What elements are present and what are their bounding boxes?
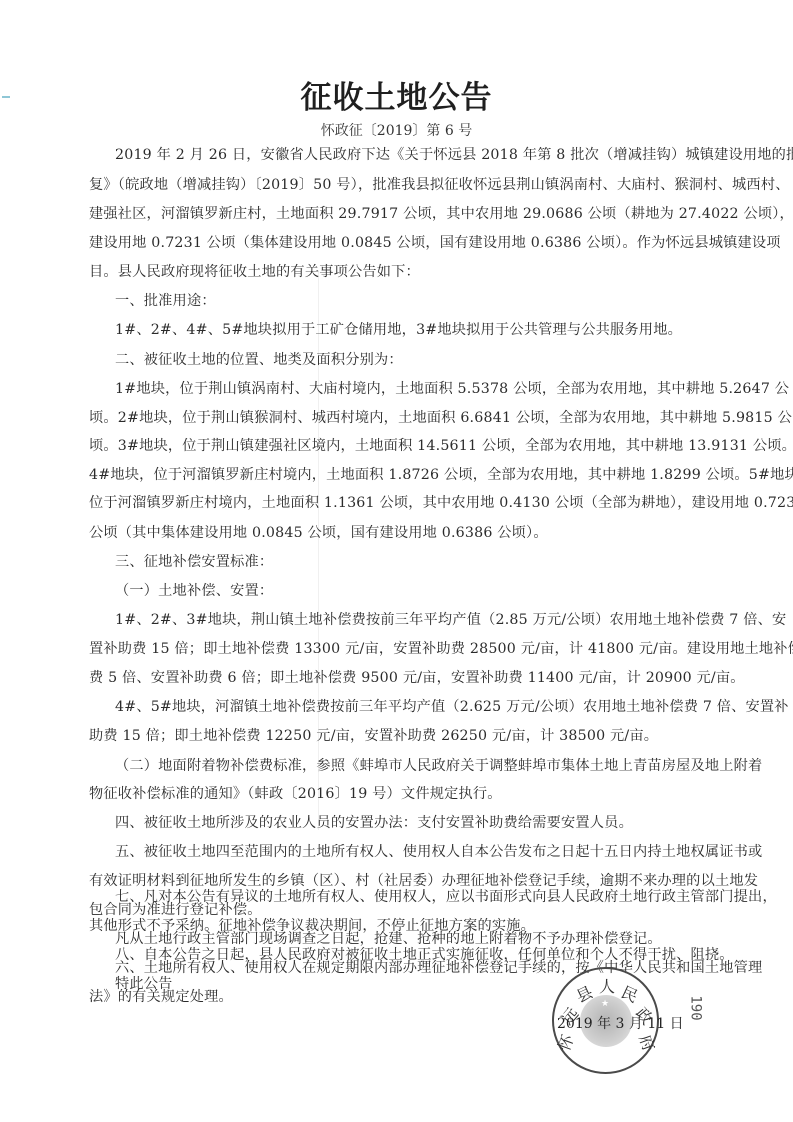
paragraph-line: 4#、5#地块，河溜镇土地补偿费按前三年平均产值（2.625 万元/公顷）农用地… xyxy=(115,698,739,716)
paragraph-line: 建设用地 0.7231 公顷（集体建设用地 0.0845 公顷，国有建设用地 0… xyxy=(89,234,739,252)
paragraph-line: 位于河溜镇罗新庄村境内，土地面积 1.1361 公顷，其中农用地 0.4130 … xyxy=(89,494,739,512)
section-heading-5: 五、被征收土地四至范围内的土地所有权人、使用权人自本公告发布之日起十五日内持土地… xyxy=(115,843,739,861)
paragraph-line: 4#地块，位于河溜镇罗新庄村境内，土地面积 1.8726 公顷，全部为农用地，其… xyxy=(89,466,739,484)
handwritten-page-number: 190 xyxy=(688,995,704,1020)
subsection-heading: （二）地面附着物补偿费标准，参照《蚌埠市人民政府关于调整蚌埠市集体土地上青苗房屋… xyxy=(115,757,739,775)
section-heading-7: 七、凡对本公告有异议的土地所有权人、使用权人，应以书面形式向县人民政府土地行政主… xyxy=(115,888,739,906)
paragraph-line: 置补助费 15 倍；即土地补偿费 13300 元/亩，安置补助费 28500 元… xyxy=(89,640,739,658)
seal-char: 人 xyxy=(599,974,615,997)
paragraph-line: 目。县人民政府现将征收土地的有关事项公告如下： xyxy=(89,263,739,281)
paragraph-line: 其他形式不予采纳。征地补偿争议裁决期间，不停止征地方案的实施。 xyxy=(89,917,739,935)
star-icon: ★ xyxy=(601,999,609,1009)
paragraph-line: 物征收补偿标准的通知》（蚌政〔2016〕19 号）文件规定执行。 xyxy=(89,785,739,803)
section-heading-4: 四、被征收土地所涉及的农业人员的安置办法：支付安置补助费给需要安置人员。 xyxy=(115,814,739,832)
issue-date: 2019 年 3 月 11 日 xyxy=(557,1013,684,1033)
paragraph-line: 助费 15 倍；即土地补偿费 12250 元/亩，安置补助费 26250 元/亩… xyxy=(89,727,739,745)
paragraph-line: 顷。3#地块，位于荆山镇建强社区境内，土地面积 14.5611 公顷，全部为农用… xyxy=(89,437,739,455)
paragraph-line: 1#、2#、4#、5#地块拟用于工矿仓储用地，3#地块拟用于公共管理与公共服务用… xyxy=(115,321,739,339)
section-heading-8: 八、自本公告之日起，县人民政府对被征收土地正式实施征收，任何单位和个人不得干扰、… xyxy=(115,946,739,964)
section-heading-2: 二、被征收土地的位置、地类及面积分别为： xyxy=(115,351,739,369)
paragraph-line: 建强社区，河溜镇罗新庄村，土地面积 29.7917 公顷，其中农用地 29.06… xyxy=(89,205,739,223)
section-heading-3: 三、征地补偿安置标准： xyxy=(115,553,739,571)
document-number: 怀政征〔2019〕第 6 号 xyxy=(0,120,793,140)
paragraph-line: 1#、2#、3#地块，荆山镇土地补偿费按前三年平均产值（2.85 万元/公顷）农… xyxy=(115,611,739,629)
subsection-heading: （一）土地补偿、安置： xyxy=(115,582,739,600)
paragraph-line: 公顷（其中集体建设用地 0.0845 公顷，国有建设用地 0.6386 公顷）。 xyxy=(89,524,739,542)
paragraph-line: 复》（皖政地（增减挂钩）〔2019〕50 号），批准我县拟征收怀远县荆山镇涡南村… xyxy=(89,176,739,194)
document-title: 征收土地公告 xyxy=(0,72,793,117)
section-heading-1: 一、批准用途： xyxy=(115,292,739,310)
paragraph-line: 1#地块，位于荆山镇涡南村、大庙村境内，土地面积 5.5378 公顷，全部为农用… xyxy=(115,380,739,398)
paragraph-line: 费 5 倍、安置补助费 6 倍；即土地补偿费 9500 元/亩，安置补助费 11… xyxy=(89,669,739,687)
paragraph-line: 2019 年 2 月 26 日，安徽省人民政府下达《关于怀远县 2018 年第 … xyxy=(115,146,739,164)
paragraph-line: 顷。2#地块，位于荆山镇猴洞村、城西村境内，土地面积 6.6841 公顷，全部为… xyxy=(89,409,739,427)
